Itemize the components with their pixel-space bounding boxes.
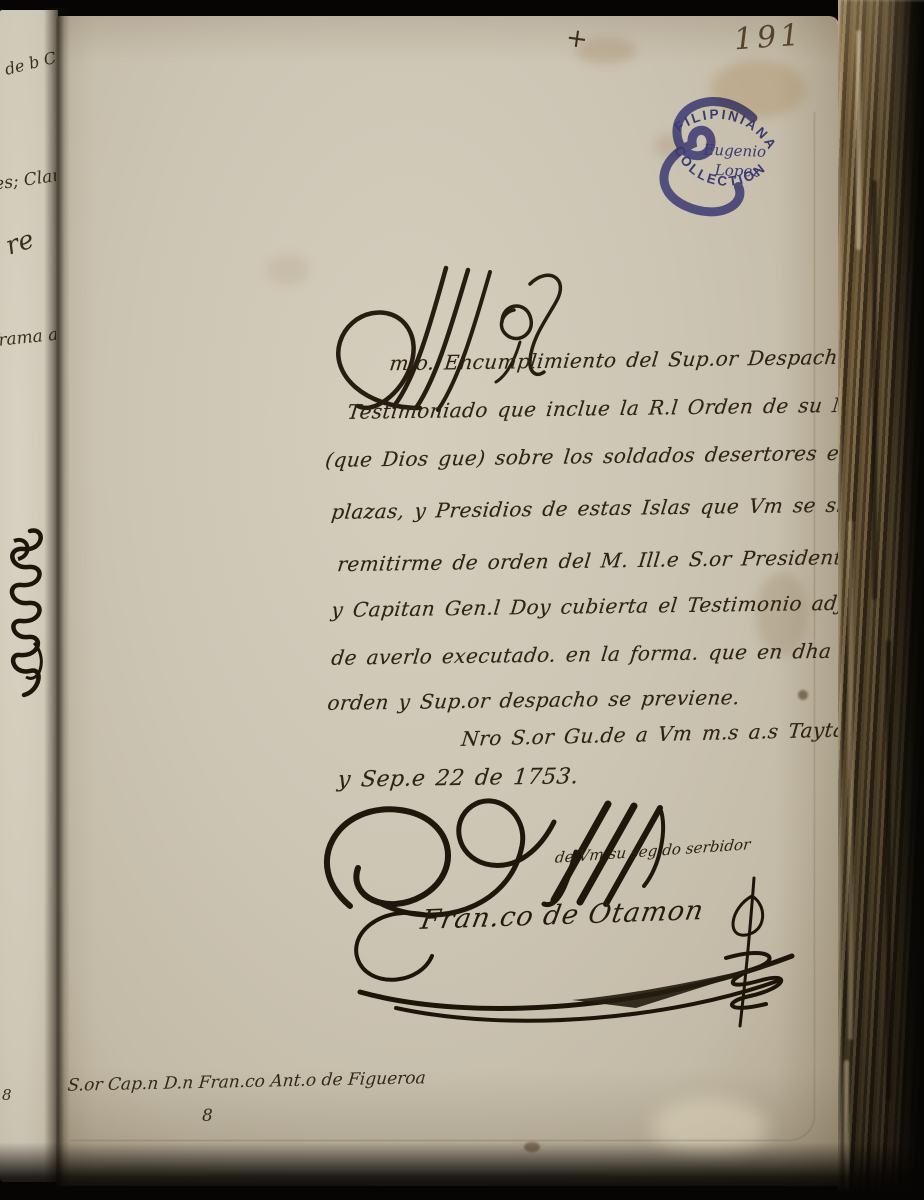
page-edge-shadow [886, 640, 891, 1100]
margin-fragment: 8 [2, 1086, 12, 1104]
book-gutter-shadow [44, 8, 70, 1190]
page-edge-highlight [856, 30, 861, 250]
page-edge-highlight [848, 520, 853, 1040]
invocation-cross-mark: + [564, 23, 590, 56]
book-fore-edge [838, 0, 924, 1200]
signature-rubric-flourish [336, 872, 816, 1032]
salutation-initial-flourish [324, 258, 564, 418]
manuscript-scan: de b Cig es; Clau re frama a 8 + 191 [0, 0, 924, 1200]
margin-fragment: re [2, 224, 38, 261]
folio-number: 191 [733, 18, 805, 58]
library-stamp: FILIPINIANA COLLECTION Eugenio Lopez [644, 92, 794, 242]
stamp-owner-first-name: Eugenio [702, 141, 766, 161]
address-mark: 8 [202, 1106, 213, 1126]
manuscript-page: + 191 FILIPINIANA COLLECTION Eugenio Lop… [56, 16, 839, 1186]
bottom-shadow [0, 1142, 924, 1200]
page-edge-shadow [872, 180, 877, 600]
stamp-owner-last-name: Lopez [714, 161, 761, 181]
margin-ink-scribble [0, 525, 48, 705]
